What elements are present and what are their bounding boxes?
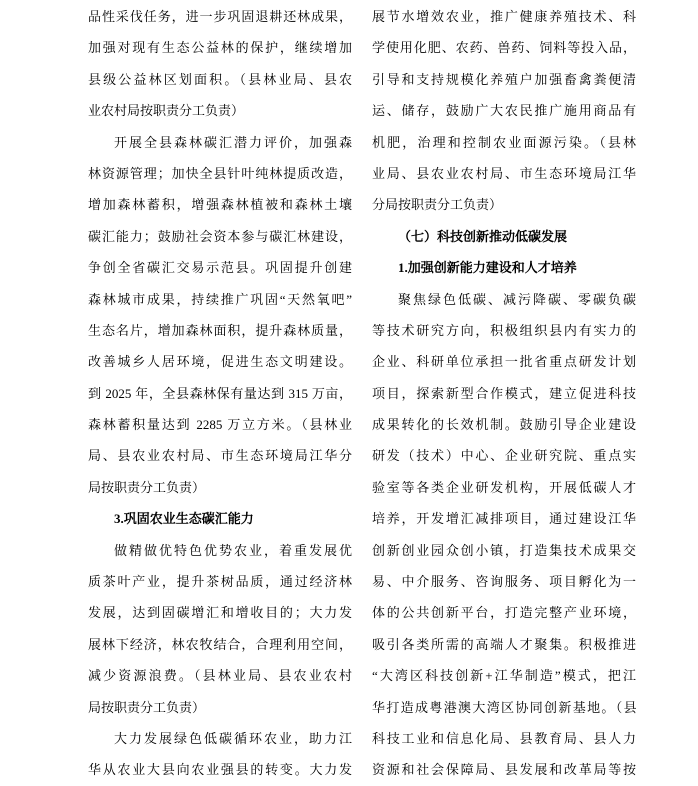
text-line: 展节水增效农业，推广健康养殖技术、科: [372, 1, 636, 32]
heading-line: 1.加强创新能力建设和人才培养: [372, 252, 636, 283]
text-line: 发展，达到固碳增汇和增收目的；大力发: [88, 597, 352, 628]
text-line: 减少资源浪费。（县林业局、县农业农村: [88, 660, 352, 691]
text-line: 品性采伐任务，进一步巩固退耕还林成果，: [88, 1, 352, 32]
text-line: “大湾区科技创新+江华制造”模式，把江: [372, 660, 636, 691]
text-line: 学使用化肥、农药、兽药、饲料等投入品，: [372, 32, 636, 63]
text-line: 业局、县农业农村局、市生态环境局江华: [372, 158, 636, 189]
text-line: 引导和支持规模化养殖户加强畜禽粪便清: [372, 64, 636, 95]
text-line: 成果转化的长效机制。鼓励引导企业建设: [372, 409, 636, 440]
text-line: 研发（技术）中心、企业研究院、重点实: [372, 440, 636, 471]
text-line: 华打造成粤港澳大湾区协同创新基地。（县: [372, 692, 636, 723]
text-line: 大力发展绿色低碳循环农业，助力江: [88, 723, 352, 754]
text-line: 碳汇能力；鼓励社会资本参与碳汇林建设，: [88, 221, 352, 252]
text-line: 易、中介服务、咨询服务、项目孵化为一: [372, 566, 636, 597]
text-line: 森林城市成果，持续推广巩固“天然氧吧”: [88, 284, 352, 315]
left-text-column: 品性采伐任务，进一步巩固退耕还林成果，加强对现有生态公益林的保护，继续增加县级公…: [88, 1, 352, 786]
text-line: 项目，探索新型合作模式，建立促进科技: [372, 378, 636, 409]
text-line: 运、储存，鼓励广大农民推广施用商品有: [372, 95, 636, 126]
heading-line: 3.巩固农业生态碳汇能力: [88, 503, 352, 534]
heading-line: （七）科技创新推动低碳发展: [372, 221, 636, 252]
text-line: 生态名片，增加森林面积，提升森林质量，: [88, 315, 352, 346]
text-line: 展林下经济，林农牧结合，合理利用空间，: [88, 629, 352, 660]
text-line: 科技工业和信息化局、县教育局、县人力: [372, 723, 636, 754]
text-line: 局、县农业农村局、市生态环境局江华分: [88, 440, 352, 471]
text-line: 县级公益林区划面积。（县林业局、县农: [88, 64, 352, 95]
text-line: 林资源管理；加快全县针叶纯林提质改造，: [88, 158, 352, 189]
text-line: 做精做优特色优势农业，着重发展优: [88, 535, 352, 566]
text-line: 体的公共创新平台，打造完整产业环境，: [372, 597, 636, 628]
text-line: 培养，开发增汇减排项目，通过建设江华: [372, 503, 636, 534]
text-line: 分局按职责分工负责）: [372, 189, 636, 220]
text-line: 机肥，治理和控制农业面源污染。（县林: [372, 127, 636, 158]
text-line: 资源和社会保障局、县发展和改革局等按: [372, 754, 636, 785]
right-text-column: 展节水增效农业，推广健康养殖技术、科学使用化肥、农药、兽药、饲料等投入品，引导和…: [372, 1, 636, 786]
text-line: 企业、科研单位承担一批省重点研发计划: [372, 346, 636, 377]
text-line: 到 2025 年，全县森林保有量达到 315 万亩，: [88, 378, 352, 409]
text-line: 业农村局按职责分工负责）: [88, 95, 352, 126]
text-line: 争创全省碳汇交易示范县。巩固提升创建: [88, 252, 352, 283]
text-line: 开展全县森林碳汇潜力评价，加强森: [88, 127, 352, 158]
text-line: 创新创业园众创小镇，打造集技术成果交: [372, 535, 636, 566]
text-line: 吸引各类所需的高端人才聚集。积极推进: [372, 629, 636, 660]
text-line: 质茶叶产业，提升茶树品质，通过经济林: [88, 566, 352, 597]
text-line: 华从农业大县向农业强县的转变。大力发: [88, 754, 352, 785]
text-line: 等技术研究方向，积极组织县内有实力的: [372, 315, 636, 346]
text-line: 改善城乡人居环境，促进生态文明建设。: [88, 346, 352, 377]
document-page: 品性采伐任务，进一步巩固退耕还林成果，加强对现有生态公益林的保护，继续增加县级公…: [0, 0, 698, 786]
text-line: 聚焦绿色低碳、减污降碳、零碳负碳: [372, 284, 636, 315]
text-line: 局按职责分工负责）: [88, 692, 352, 723]
text-line: 局按职责分工负责）: [88, 472, 352, 503]
text-line: 增加森林蓄积，增强森林植被和森林土壤: [88, 189, 352, 220]
text-line: 森林蓄积量达到 2285 万立方米。（县林业: [88, 409, 352, 440]
text-line: 验室等各类企业研发机构，开展低碳人才: [372, 472, 636, 503]
text-line: 加强对现有生态公益林的保护，继续增加: [88, 32, 352, 63]
